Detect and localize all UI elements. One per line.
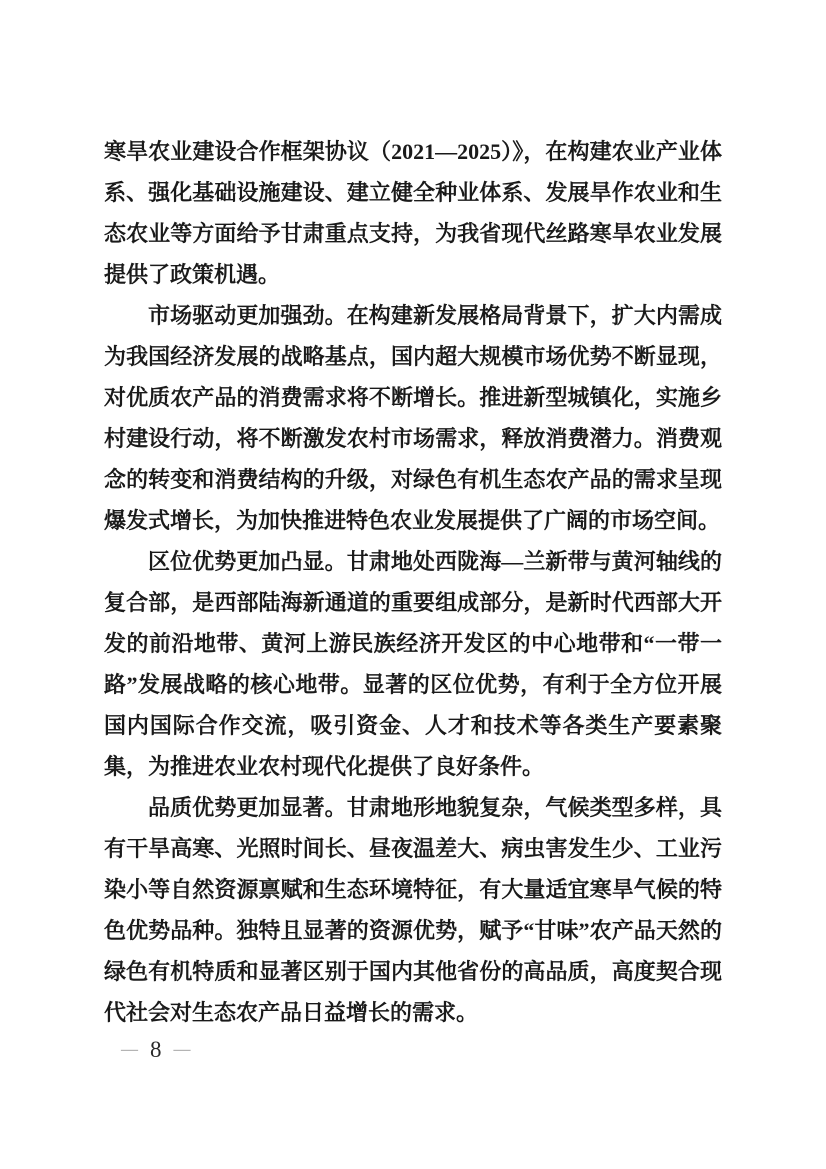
document-body: 寒旱农业建设合作框架协议（2021—2025）》，在构建农业产业体系、强化基础设… [104, 131, 722, 1033]
footer-dash-right: — [174, 1042, 191, 1056]
document-page: 寒旱农业建设合作框架协议（2021—2025）》，在构建农业产业体系、强化基础设… [0, 0, 826, 1169]
paragraph-market-drive: 市场驱动更加强劲。在构建新发展格局背景下，扩大内需成为我国经济发展的战略基点，国… [104, 295, 722, 541]
paragraph-quality-advantage: 品质优势更加显著。甘肃地形地貌复杂，气候类型多样，具有干旱高寒、光照时间长、昼夜… [104, 787, 722, 1033]
footer-dash-left: — [121, 1042, 138, 1056]
paragraph-policy-opportunity: 寒旱农业建设合作框架协议（2021—2025）》，在构建农业产业体系、强化基础设… [104, 131, 722, 295]
page-number: 8 [150, 1038, 162, 1061]
page-footer: — 8 — [121, 1036, 191, 1062]
paragraph-location-advantage: 区位优势更加凸显。甘肃地处西陇海—兰新带与黄河轴线的复合部，是西部陆海新通道的重… [104, 541, 722, 787]
